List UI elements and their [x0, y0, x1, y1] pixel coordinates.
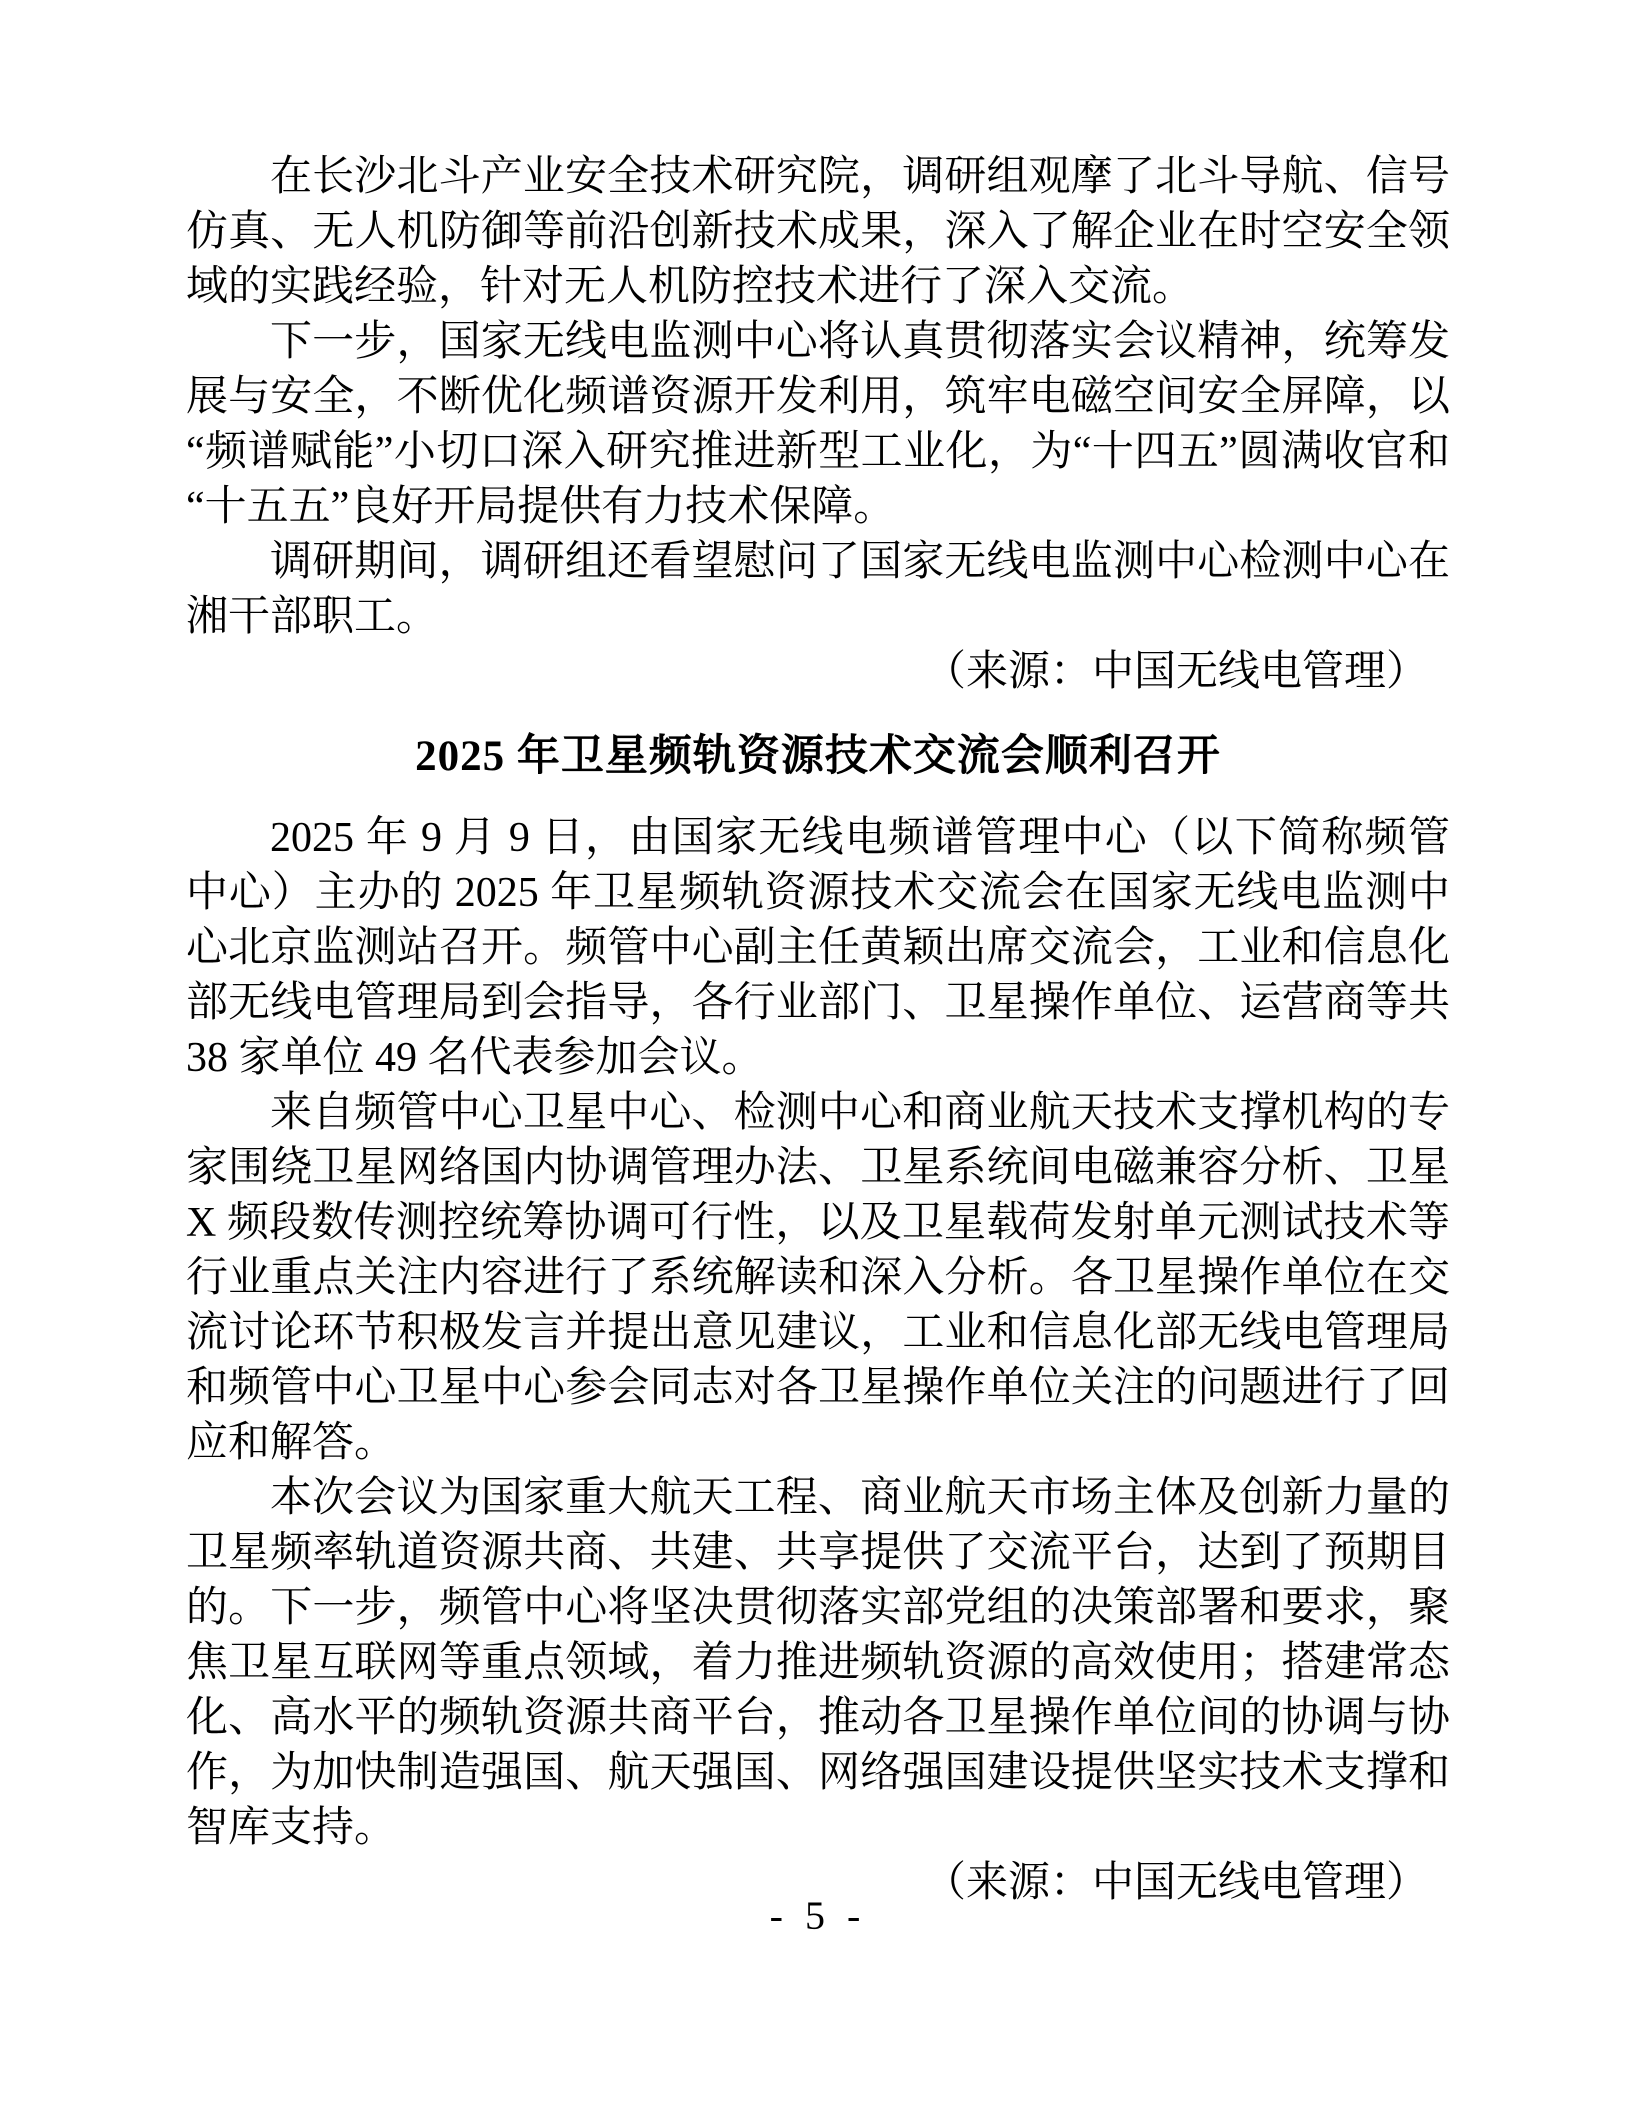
- paragraph: 本次会议为国家重大航天工程、商业航天市场主体及创新力量的卫星频率轨道资源共商、共…: [186, 1471, 1450, 1856]
- article-radio-monitoring-continued: 在长沙北斗产业安全技术研究院，调研组观摩了北斗导航、信号仿真、无人机防御等前沿创…: [186, 150, 1450, 700]
- paragraph: 调研期间，调研组还看望慰问了国家无线电监测中心检测中心在湘干部职工。: [186, 535, 1450, 645]
- article-title: 2025 年卫星频轨资源技术交流会顺利召开: [186, 729, 1450, 785]
- document-page: 在长沙北斗产业安全技术研究院，调研组观摩了北斗导航、信号仿真、无人机防御等前沿创…: [0, 0, 1632, 2112]
- paragraph: 在长沙北斗产业安全技术研究院，调研组观摩了北斗导航、信号仿真、无人机防御等前沿创…: [186, 150, 1450, 315]
- paragraph: 2025 年 9 月 9 日，由国家无线电频谱管理中心（以下简称频管中心）主办的…: [186, 811, 1450, 1086]
- paragraph: 来自频管中心卫星中心、检测中心和商业航天技术支撑机构的专家围绕卫星网络国内协调管…: [186, 1086, 1450, 1471]
- source-attribution: （来源：中国无线电管理）: [186, 645, 1450, 700]
- paragraph: 下一步，国家无线电监测中心将认真贯彻落实会议精神，统筹发展与安全，不断优化频谱资…: [186, 315, 1450, 535]
- page-number: - 5 -: [186, 1892, 1450, 1940]
- article-satellite-meeting: 2025 年卫星频轨资源技术交流会顺利召开 2025 年 9 月 9 日，由国家…: [186, 729, 1450, 1911]
- page-content: 在长沙北斗产业安全技术研究院，调研组观摩了北斗导航、信号仿真、无人机防御等前沿创…: [186, 150, 1450, 1911]
